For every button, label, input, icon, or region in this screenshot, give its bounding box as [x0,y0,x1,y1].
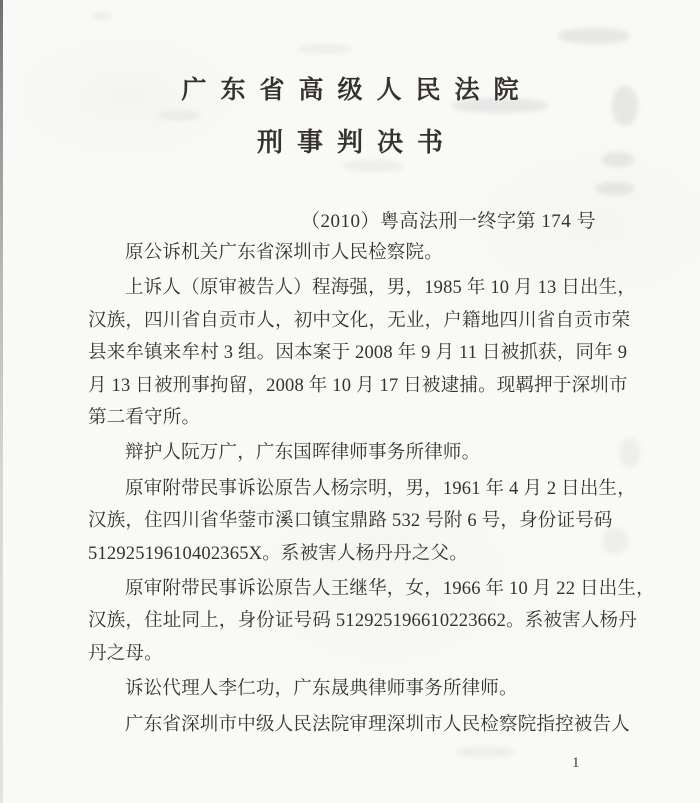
text-line: 辩护人阮万广，广东国晖律师事务所律师。 [88,437,628,469]
paragraph: 广东省深圳市中级人民法院审理深圳市人民检察院指控被告人 [88,709,628,741]
scan-artifact [558,28,630,44]
judgment-page: 广东省高级人民法院 刑事判决书 （2010）粤高法刑一终字第 174 号 原公诉… [0,0,700,803]
text-line: 第二看守所。 [88,402,628,434]
scan-artifact [158,110,200,121]
page-number: 1 [572,755,580,772]
scan-artifact [298,44,352,54]
text-line: 汉族，住四川省华蓥市溪口镇宝鼎路 532 号附 6 号，身份证号码 [88,505,628,537]
text-line: 汉族，住址同上，身份证号码 512925196610223662。系被害人杨丹 [88,605,628,637]
text-line: 汉族，四川省自贡市人，初中文化，无业，户籍地四川省自贡市荣 [88,305,628,337]
text-line: 诉讼代理人李仁功，广东晟典律师事务所律师。 [88,673,628,705]
document-body: 原公诉机关广东省深圳市人民检察院。上诉人（原审被告人）程海强，男，1985 年 … [88,237,628,741]
text-line: 广东省深圳市中级人民法院审理深圳市人民检察院指控被告人 [88,709,628,741]
scan-binding-edge [0,0,3,803]
scan-artifact [342,160,404,172]
case-number: （2010）粤高法刑一终字第 174 号 [301,206,596,233]
paragraph: 原审附带民事诉讼原告人王继华，女，1966 年 10 月 22 日出生，汉族，住… [88,573,628,670]
text-line: 上诉人（原审被告人）程海强，男，1985 年 10 月 13 日出生， [88,272,628,304]
paragraph: 诉讼代理人李仁功，广东晟典律师事务所律师。 [88,673,628,705]
text-line: 县来牟镇来牟村 3 组。因本案于 2008 年 9 月 11 日被抓获，同年 9 [88,337,628,369]
text-line: 原审附带民事诉讼原告人杨宗明，男，1961 年 4 月 2 日出生， [88,473,628,505]
court-title: 广东省高级人民法院 [0,70,700,106]
paragraph: 原公诉机关广东省深圳市人民检察院。 [88,237,628,269]
text-line: 51292519610402365X。系被害人杨丹丹之父。 [88,538,628,570]
text-line: 月 13 日被刑事拘留，2008 年 10 月 17 日被逮捕。现羁押于深圳市 [88,370,628,402]
text-line: 丹之母。 [88,638,628,670]
scan-artifact [92,12,112,20]
document-title: 刑事判决书 [0,122,700,159]
text-line: 原公诉机关广东省深圳市人民检察院。 [88,237,628,269]
paragraph: 上诉人（原审被告人）程海强，男，1985 年 10 月 13 日出生，汉族，四川… [88,272,628,434]
paragraph: 辩护人阮万广，广东国晖律师事务所律师。 [88,437,628,469]
paragraph: 原审附带民事诉讼原告人杨宗明，男，1961 年 4 月 2 日出生，汉族，住四川… [88,473,628,570]
text-line: 原审附带民事诉讼原告人王继华，女，1966 年 10 月 22 日出生， [88,573,628,605]
scan-artifact [456,746,514,758]
scan-artifact [596,182,634,195]
